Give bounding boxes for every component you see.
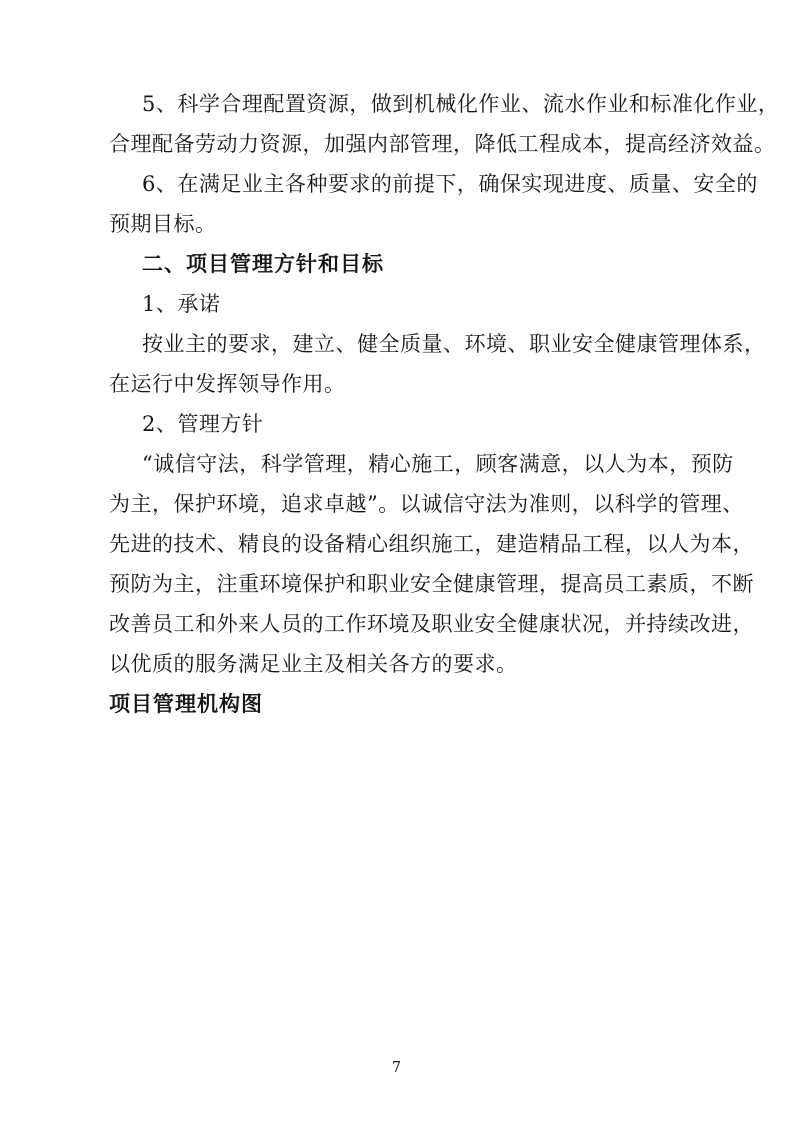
subsection-heading: 1、承诺 — [109, 284, 687, 324]
document-body: 5、科学合理配置资源，做到机械化作业、流水作业和标准化作业， 合理配备劳动力资源… — [109, 84, 687, 724]
body-line: 6、在满足业主各种要求的前提下，确保实现进度、质量、安全的 — [109, 164, 687, 204]
body-line: 为主，保护环境，追求卓越”。以诚信守法为准则，以科学的管理、 — [109, 484, 687, 524]
body-line: 预期目标。 — [109, 204, 687, 244]
body-line: 合理配备劳动力资源，加强内部管理，降低工程成本，提高经济效益。 — [109, 124, 687, 164]
body-line: 改善员工和外来人员的工作环境及职业安全健康状况，并持续改进， — [109, 604, 687, 644]
body-line: 5、科学合理配置资源，做到机械化作业、流水作业和标准化作业， — [109, 84, 687, 124]
body-line: 预防为主，注重环境保护和职业安全健康管理，提高员工素质，不断 — [109, 564, 687, 604]
document-page: 5、科学合理配置资源，做到机械化作业、流水作业和标准化作业， 合理配备劳动力资源… — [0, 0, 793, 1122]
subsection-heading: 2、管理方针 — [109, 404, 687, 444]
page-number: 7 — [0, 1058, 793, 1078]
body-line: 在运行中发挥领导作用。 — [109, 364, 687, 404]
body-line: 按业主的要求，建立、健全质量、环境、职业安全健康管理体系， — [109, 324, 687, 364]
body-line: “诚信守法，科学管理，精心施工，顾客满意，以人为本，预防 — [109, 444, 687, 484]
body-line: 以优质的服务满足业主及相关各方的要求。 — [109, 644, 687, 684]
section-heading: 二、项目管理方针和目标 — [109, 244, 687, 284]
org-chart-heading: 项目管理机构图 — [109, 684, 687, 724]
body-line: 先进的技术、精良的设备精心组织施工，建造精品工程，以人为本， — [109, 524, 687, 564]
